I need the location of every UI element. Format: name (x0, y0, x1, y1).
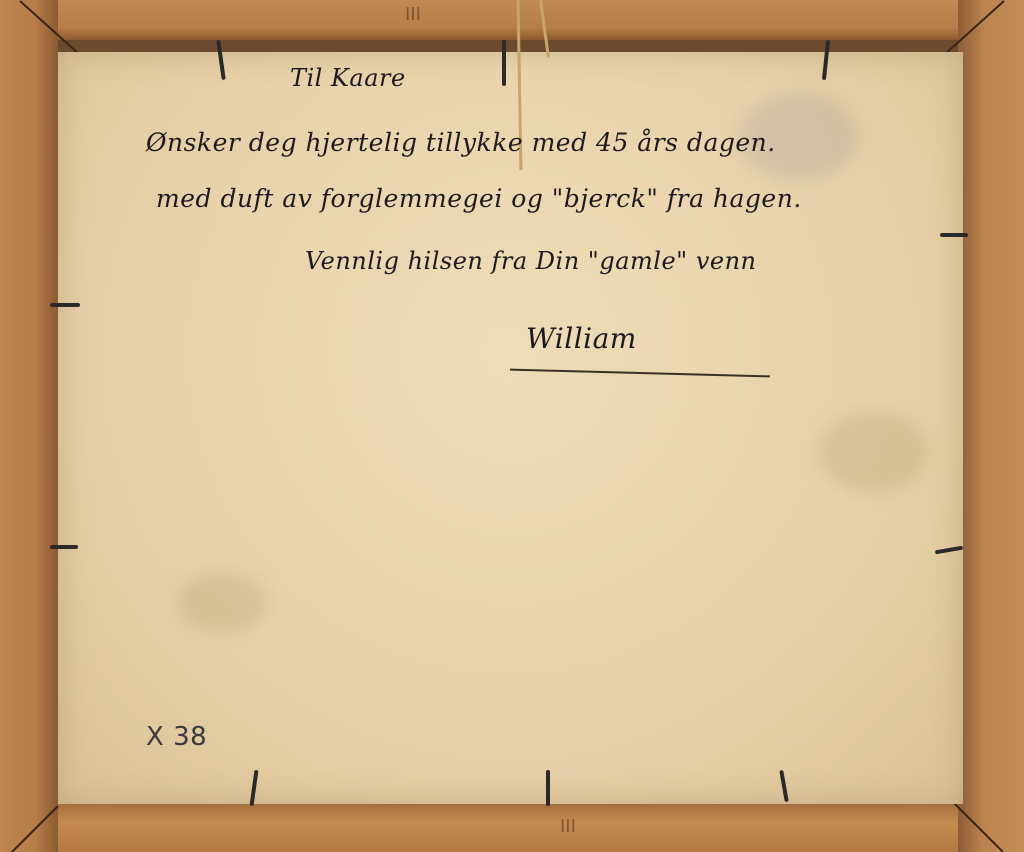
stain (818, 412, 928, 492)
frame-right-stile (958, 0, 1024, 852)
inscription-line-3: med duft av forglemmegei og "bjerck" fra… (156, 184, 802, 213)
frame-bottom-rail (0, 802, 1024, 852)
frame-top-rail (0, 0, 1024, 40)
stain (178, 572, 268, 632)
frame-left-stile (0, 0, 58, 852)
inscription-line-2: Ønsker deg hjertelig tillykke med 45 års… (146, 128, 776, 157)
nail (50, 545, 78, 549)
frame-pencil-mark: III (405, 4, 421, 25)
painting-backboard (58, 52, 963, 804)
inscription-line-4: Vennlig hilsen fra Din "gamle" venn (305, 247, 757, 275)
nail (940, 233, 968, 237)
nail (502, 40, 506, 86)
nail (50, 303, 80, 307)
nail (546, 770, 550, 806)
frame-pencil-mark: III (560, 816, 576, 837)
signature: William (526, 322, 637, 355)
inscription-line-1: Til Kaare (290, 64, 406, 92)
inventory-mark: X 38 (146, 722, 207, 752)
